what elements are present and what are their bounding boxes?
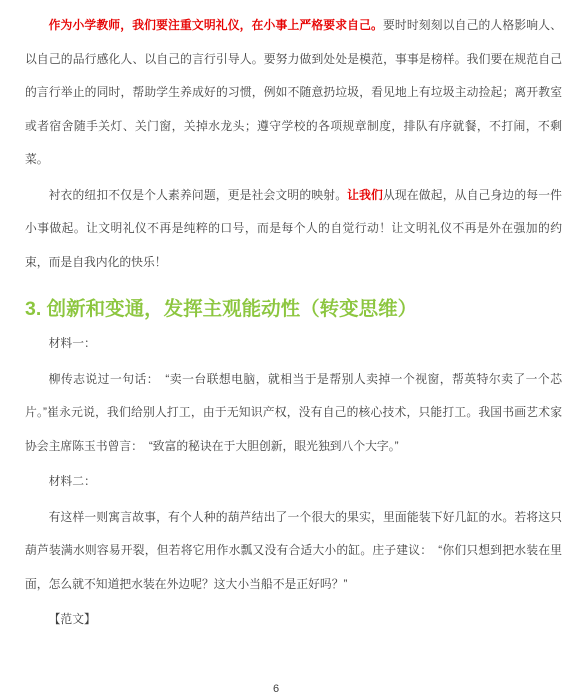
paragraph-civility-intro: 作为小学教师，我们要注重文明礼仪，在小事上严格要求自己。要时时刻刻以自己的人格影… bbox=[25, 9, 562, 177]
red-emphasis-highlight: 让我们 bbox=[347, 188, 383, 202]
red-emphasis-lead: 作为小学教师，我们要注重文明礼仪，在小事上严格要求自己。 bbox=[49, 18, 383, 32]
material-2-text: 有这样一则寓言故事，有个人种的葫芦结出了一个很大的果实，里面能装下好几缸的水。若… bbox=[25, 501, 562, 602]
material-2-label: 材料二： bbox=[25, 465, 562, 499]
sample-essay-label: 【范文】 bbox=[25, 603, 562, 637]
material-1-text: 柳传志说过一句话： “卖一台联想电脑，就相当于是帮别人卖掉一个视窗，帮英特尔卖了… bbox=[25, 363, 562, 464]
section-heading-innovation: 3. 创新和变通，发挥主观能动性（转变思维） bbox=[25, 296, 562, 322]
paragraph-civility-call: 衬衣的纽扣不仅是个人素养问题，更是社会文明的映射。让我们从现在做起，从自己身边的… bbox=[25, 179, 562, 280]
paragraph-civility-call-before: 衬衣的纽扣不仅是个人素养问题，更是社会文明的映射。 bbox=[49, 188, 348, 202]
page-number: 6 bbox=[0, 683, 552, 696]
document-page: 作为小学教师，我们要注重文明礼仪，在小事上严格要求自己。要时时刻刻以自己的人格影… bbox=[0, 0, 587, 699]
material-1-label: 材料一： bbox=[25, 327, 562, 361]
paragraph-civility-intro-text: 要时时刻刻以自己的人格影响人、以自己的品行感化人、以自己的言行引导人。要努力做到… bbox=[25, 18, 562, 166]
